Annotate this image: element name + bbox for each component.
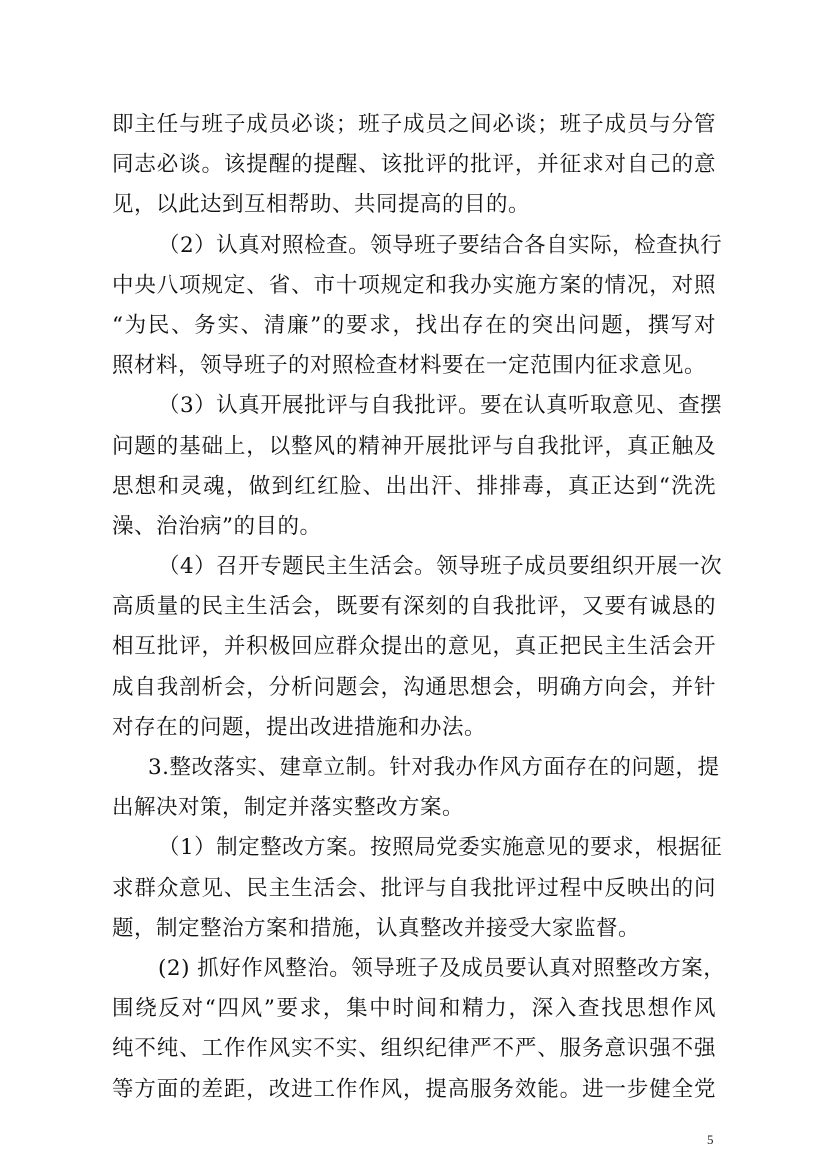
body-text: 即主任与班子成员必谈；班子成员之间必谈；班子成员与分管同志必谈。该提醒的提醒、该… xyxy=(112,105,716,1110)
text-line: (2) 抓好作风整治。领导班子及成员要认真对照整改方案， xyxy=(112,949,716,989)
text-line: 出解决对策，制定并落实整改方案。 xyxy=(112,788,716,828)
text-line: “为民、务实、清廉”的要求，找出存在的突出问题，撰写对 xyxy=(112,306,716,346)
text-line: 围绕反对“四风”要求，集中时间和精力，深入查找思想作风 xyxy=(112,989,716,1029)
text-line: 3.整改落实、建章立制。针对我办作风方面存在的问题，提 xyxy=(112,748,716,788)
text-line: 高质量的民主生活会，既要有深刻的自我批评，又要有诚恳的 xyxy=(112,587,716,627)
text-line: 照材料，领导班子的对照检查材料要在一定范围内征求意见。 xyxy=(112,346,716,386)
text-line: 题，制定整治方案和措施，认真整改并接受大家监督。 xyxy=(112,909,716,949)
text-line: 同志必谈。该提醒的提醒、该批评的批评，并征求对自己的意 xyxy=(112,145,716,185)
text-line: 对存在的问题，提出改进措施和办法。 xyxy=(112,708,716,748)
text-line: （4）召开专题民主生活会。领导班子成员要组织开展一次 xyxy=(112,547,716,587)
text-line: 见，以此达到互相帮助、共同提高的目的。 xyxy=(112,185,716,225)
text-line: （2）认真对照检查。领导班子要结合各自实际，检查执行 xyxy=(112,226,716,266)
text-line: 相互批评，并积极回应群众提出的意见，真正把民主生活会开 xyxy=(112,627,716,667)
text-line: 问题的基础上，以整风的精神开展批评与自我批评，真正触及 xyxy=(112,427,716,467)
text-line: 等方面的差距，改进工作作风，提高服务效能。进一步健全党 xyxy=(112,1070,716,1110)
text-line: 中央八项规定、省、市十项规定和我办实施方案的情况，对照 xyxy=(112,266,716,306)
page-number: 5 xyxy=(707,1132,714,1148)
text-line: 即主任与班子成员必谈；班子成员之间必谈；班子成员与分管 xyxy=(112,105,716,145)
text-line: 澡、治治病”的目的。 xyxy=(112,507,716,547)
text-line: 纯不纯、工作作风实不实、组织纪律严不严、服务意识强不强 xyxy=(112,1029,716,1069)
text-line: （1）制定整改方案。按照局党委实施意见的要求，根据征 xyxy=(112,828,716,868)
text-line: 求群众意见、民主生活会、批评与自我批评过程中反映出的问 xyxy=(112,869,716,909)
document-page: 即主任与班子成员必谈；班子成员之间必谈；班子成员与分管同志必谈。该提醒的提醒、该… xyxy=(0,0,826,1169)
text-line: 思想和灵魂，做到红红脸、出出汗、排排毒，真正达到“洗洗 xyxy=(112,467,716,507)
text-line: （3）认真开展批评与自我批评。要在认真听取意见、查摆 xyxy=(112,386,716,426)
text-line: 成自我剖析会，分析问题会，沟通思想会，明确方向会，并针 xyxy=(112,668,716,708)
